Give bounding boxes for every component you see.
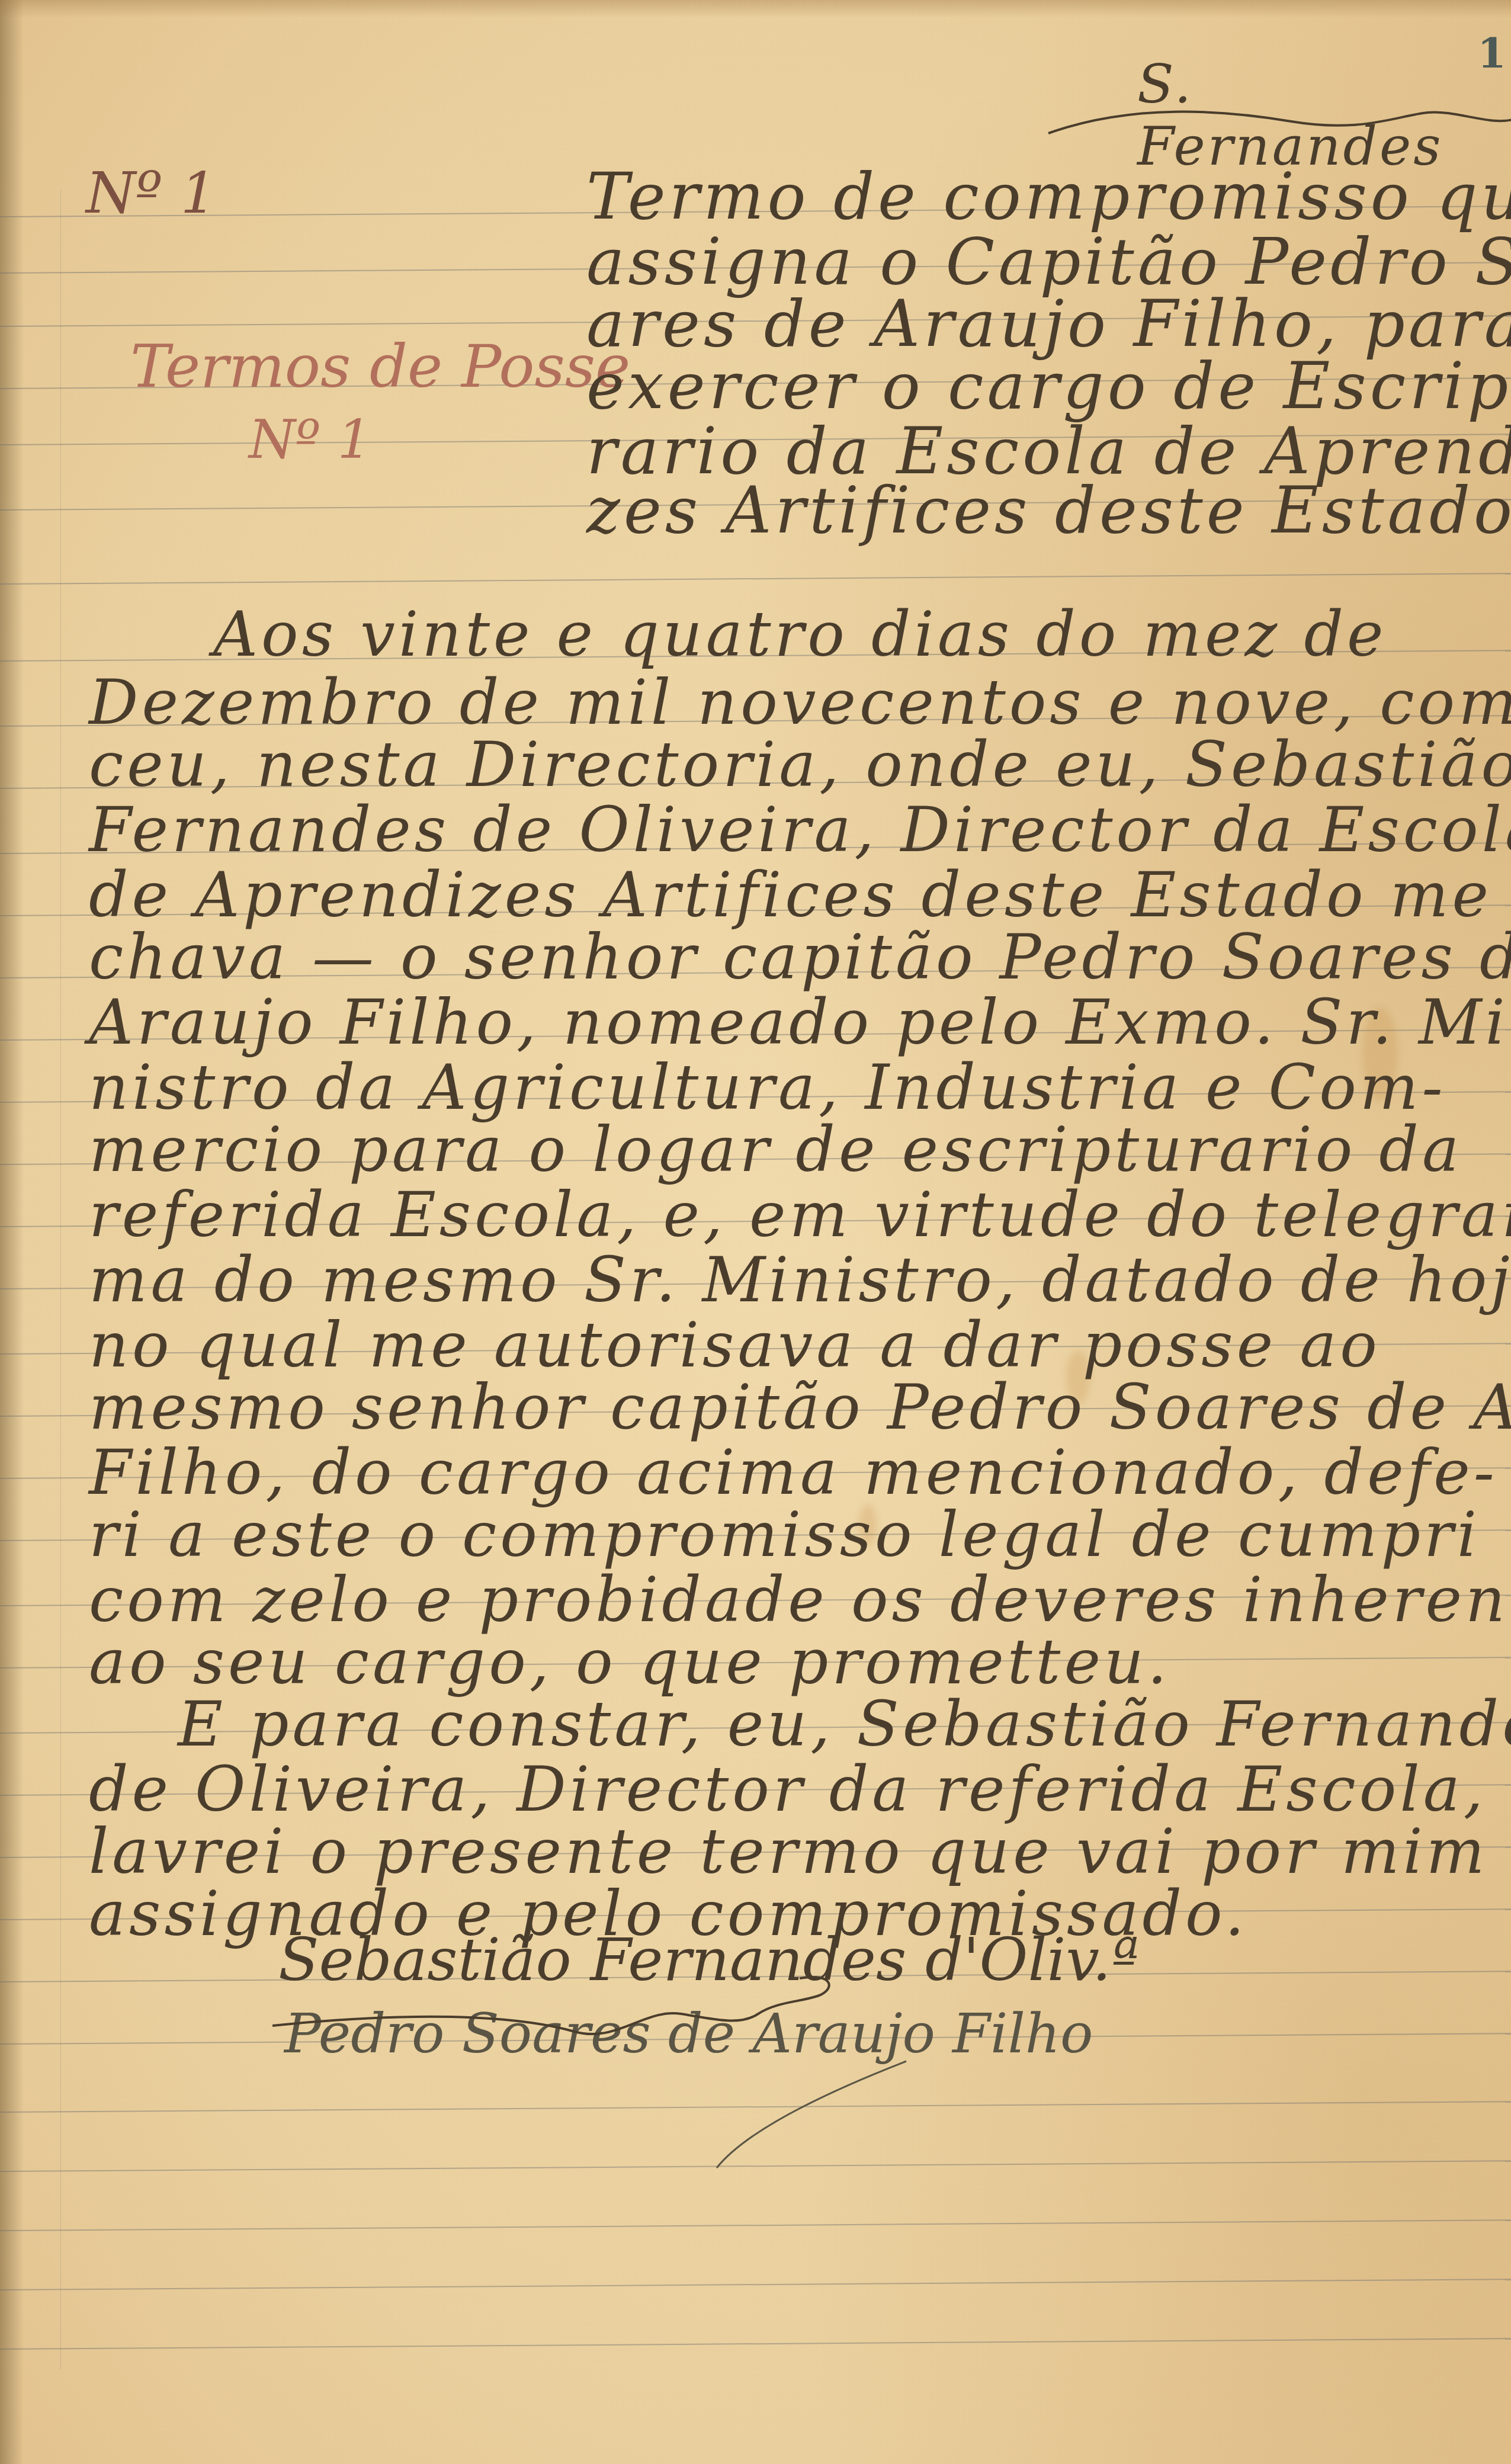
heading-line: Termo de compromisso que [586,160,1511,234]
ruled-line [0,2219,1511,2231]
ruled-line [0,573,1511,585]
body-line: nistro da Agricultura, Industria e Com- [89,1051,1446,1124]
body-line: Araujo Filho, nomeado pelo Exmo. Sr. Mi- [89,986,1511,1058]
body-line: lavrei o presente termo que vai por mim [89,1815,1488,1888]
margin-note-number: Nº 1 [249,409,371,471]
heading-line: zes Artifices deste Estado: [586,474,1511,548]
body-line: Filho, do cargo acima mencionado, defe- [89,1436,1498,1509]
body-line: chava — o senhor capitão Pedro Soares de [89,921,1511,993]
body-line: de Oliveira, Director da referida Escola… [89,1753,1487,1825]
body-line: ri a este o compromisso legal de cumpri [89,1499,1480,1571]
body-line: mesmo senhor capitão Pedro Soares de Ara… [89,1371,1511,1443]
ruled-line [0,2338,1511,2350]
body-line: no qual me autorisava a dar posse ao [89,1309,1381,1381]
manuscript-page: 1 S. Fernandes Nº 1 Termos de Posse Nº 1… [0,0,1511,2464]
body-line: com zelo e probidade os deveres inherent… [89,1564,1511,1636]
body-line: ma do mesmo Sr. Ministro, datado de hoje… [89,1244,1511,1316]
body-line: mercio para o logar de escripturario da [89,1114,1462,1186]
body-line: referida Escola, e, em virtude do telegr… [89,1179,1511,1251]
body-line: Fernandes de Oliveira, Director da Escol… [89,794,1511,866]
signature-flourish-icon [267,1972,1037,2174]
margin-line [60,190,61,2369]
heading-line: exercer o cargo de Escriptu- [586,349,1511,423]
signature-flourish-icon [1042,92,1511,139]
body-line: ao seu cargo, o que prometteu. [89,1626,1170,1698]
body-line: Dezembro de mil novecentos e nove, compa… [89,666,1511,739]
entry-number: Nº 1 [86,160,217,226]
body-line: Aos vinte e quatro dias do mez de [213,598,1387,670]
margin-note-title: Termos de Posse [130,332,630,401]
body-line: de Aprendizes Artifices deste Estado me … [89,859,1511,931]
body-line: ceu, nesta Directoria, onde eu, Sebastiã… [89,729,1511,801]
ruled-line [0,2279,1511,2290]
body-line: E para constar, eu, Sebastião Fernandes [178,1688,1511,1760]
